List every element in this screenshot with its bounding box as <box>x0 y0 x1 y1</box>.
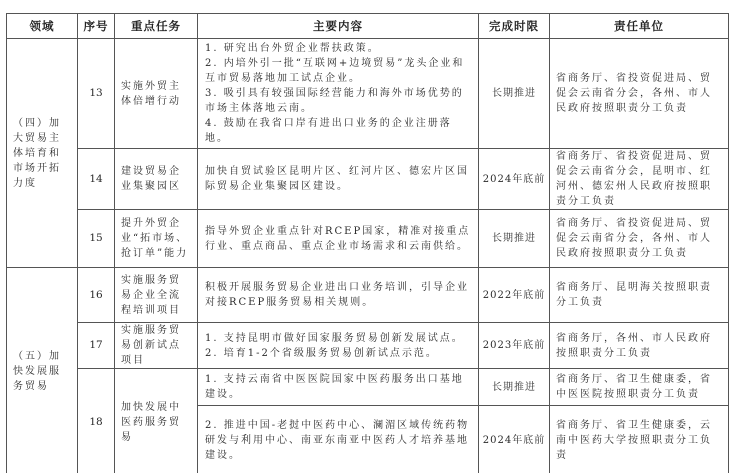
deadline-cell: 长期推进 <box>479 369 550 406</box>
task-cell: 提升外贸企业“拓市场、抢订单”能力 <box>115 210 198 268</box>
header-content: 主要内容 <box>198 14 479 39</box>
field-cell: （五）加快发展服务贸易 <box>7 268 78 473</box>
content-line: 1. 支持云南省中医医院国家中医药服务出口基地建设。 <box>205 372 471 402</box>
header-row: 领域 序号 重点任务 主要内容 完成时限 责任单位 <box>7 14 729 39</box>
unit-cell: 省商务厅、省投资促进局、贸促会云南省分会，各州、市人民政府按照职责分工负责 <box>550 39 729 149</box>
task-cell: 建设贸易企业集聚园区 <box>115 149 198 210</box>
header-field: 领域 <box>7 14 78 39</box>
header-task: 重点任务 <box>115 14 198 39</box>
content-cell: 2. 推进中国-老挝中医药中心、澜湄区域传统药物研发与利用中心、南亚东南亚中医药… <box>198 406 479 473</box>
content-line: 指导外贸企业重点针对RCEP国家，精准对接重点行业、重点商品、重点企业市场需求和… <box>205 224 471 254</box>
row-number: 14 <box>78 149 115 210</box>
content-cell: 加快自贸试验区昆明片区、红河片区、德宏片区国际贸易企业集聚园区建设。 <box>198 149 479 210</box>
content-cell: 指导外贸企业重点针对RCEP国家，精准对接重点行业、重点商品、重点企业市场需求和… <box>198 210 479 268</box>
table-row: 15 提升外贸企业“拓市场、抢订单”能力 指导外贸企业重点针对RCEP国家，精准… <box>7 210 729 268</box>
content-line: 1. 支持昆明市做好国家服务贸易创新发展试点。 <box>205 331 471 346</box>
unit-cell: 省商务厅、昆明海关按照职责分工负责 <box>550 268 729 323</box>
row-number: 16 <box>78 268 115 323</box>
task-cell: 加快发展中医药服务贸易 <box>115 369 198 473</box>
content-cell: 1. 研究出台外贸企业帮扶政策。 2. 内培外引一批“互联网+边境贸易”龙头企业… <box>198 39 479 149</box>
row-number: 13 <box>78 39 115 149</box>
content-line: 1. 研究出台外贸企业帮扶政策。 <box>205 41 471 56</box>
tasks-table: 领域 序号 重点任务 主要内容 完成时限 责任单位 （四）加大贸易主体培育和市场… <box>6 13 729 473</box>
unit-cell: 省商务厅、省卫生健康委，省中医医院按照职责分工负责 <box>550 369 729 406</box>
field-cell: （四）加大贸易主体培育和市场开拓力度 <box>7 39 78 268</box>
row-number: 18 <box>78 369 115 473</box>
table-row: 18 加快发展中医药服务贸易 1. 支持云南省中医医院国家中医药服务出口基地建设… <box>7 369 729 406</box>
table-row: 17 实施服务贸易创新试点项目 1. 支持昆明市做好国家服务贸易创新发展试点。 … <box>7 323 729 369</box>
content-line: 2. 推进中国-老挝中医药中心、澜湄区域传统药物研发与利用中心、南亚东南亚中医药… <box>205 418 471 463</box>
unit-cell: 省商务厅、省卫生健康委，云南中医药大学按照职责分工负责 <box>550 406 729 473</box>
deadline-cell: 2022年底前 <box>479 268 550 323</box>
content-line: 4. 鼓励在我省口岸有进出口业务的企业注册落地。 <box>205 116 471 146</box>
content-line: 3. 吸引具有较强国际经营能力和海外市场优势的市场主体落地云南。 <box>205 86 471 116</box>
task-cell: 实施外贸主体倍增行动 <box>115 39 198 149</box>
content-line: 积极开展服务贸易企业进出口业务培训，引导企业对接RCEP服务贸易相关规则。 <box>205 280 471 310</box>
table-row: （五）加快发展服务贸易 16 实施服务贸易企业全流程培训项目 积极开展服务贸易企… <box>7 268 729 323</box>
header-deadline: 完成时限 <box>479 14 550 39</box>
unit-cell: 省商务厅，各州、市人民政府按照职责分工负责 <box>550 323 729 369</box>
deadline-cell: 长期推进 <box>479 39 550 149</box>
content-line: 2. 培育1-2个省级服务贸易创新试点示范。 <box>205 346 471 361</box>
header-no: 序号 <box>78 14 115 39</box>
task-cell: 实施服务贸易创新试点项目 <box>115 323 198 369</box>
deadline-cell: 2024年底前 <box>479 149 550 210</box>
deadline-cell: 2024年底前 <box>479 406 550 473</box>
content-cell: 1. 支持昆明市做好国家服务贸易创新发展试点。 2. 培育1-2个省级服务贸易创… <box>198 323 479 369</box>
row-number: 15 <box>78 210 115 268</box>
row-number: 17 <box>78 323 115 369</box>
content-line: 加快自贸试验区昆明片区、红河片区、德宏片区国际贸易企业集聚园区建设。 <box>205 164 471 194</box>
table-row: （四）加大贸易主体培育和市场开拓力度 13 实施外贸主体倍增行动 1. 研究出台… <box>7 39 729 149</box>
unit-cell: 省商务厅、省投资促进局、贸促会云南省分会，昆明市、红河州、德宏州人民政府按照职责… <box>550 149 729 210</box>
content-line: 2. 内培外引一批“互联网+边境贸易”龙头企业和互市贸易落地加工试点企业。 <box>205 56 471 86</box>
content-cell: 积极开展服务贸易企业进出口业务培训，引导企业对接RCEP服务贸易相关规则。 <box>198 268 479 323</box>
unit-cell: 省商务厅、省投资促进局、贸促会云南省分会，各州、市人民政府按照职责分工负责 <box>550 210 729 268</box>
content-cell: 1. 支持云南省中医医院国家中医药服务出口基地建设。 <box>198 369 479 406</box>
table-row: 14 建设贸易企业集聚园区 加快自贸试验区昆明片区、红河片区、德宏片区国际贸易企… <box>7 149 729 210</box>
header-unit: 责任单位 <box>550 14 729 39</box>
deadline-cell: 2023年底前 <box>479 323 550 369</box>
deadline-cell: 长期推进 <box>479 210 550 268</box>
task-cell: 实施服务贸易企业全流程培训项目 <box>115 268 198 323</box>
